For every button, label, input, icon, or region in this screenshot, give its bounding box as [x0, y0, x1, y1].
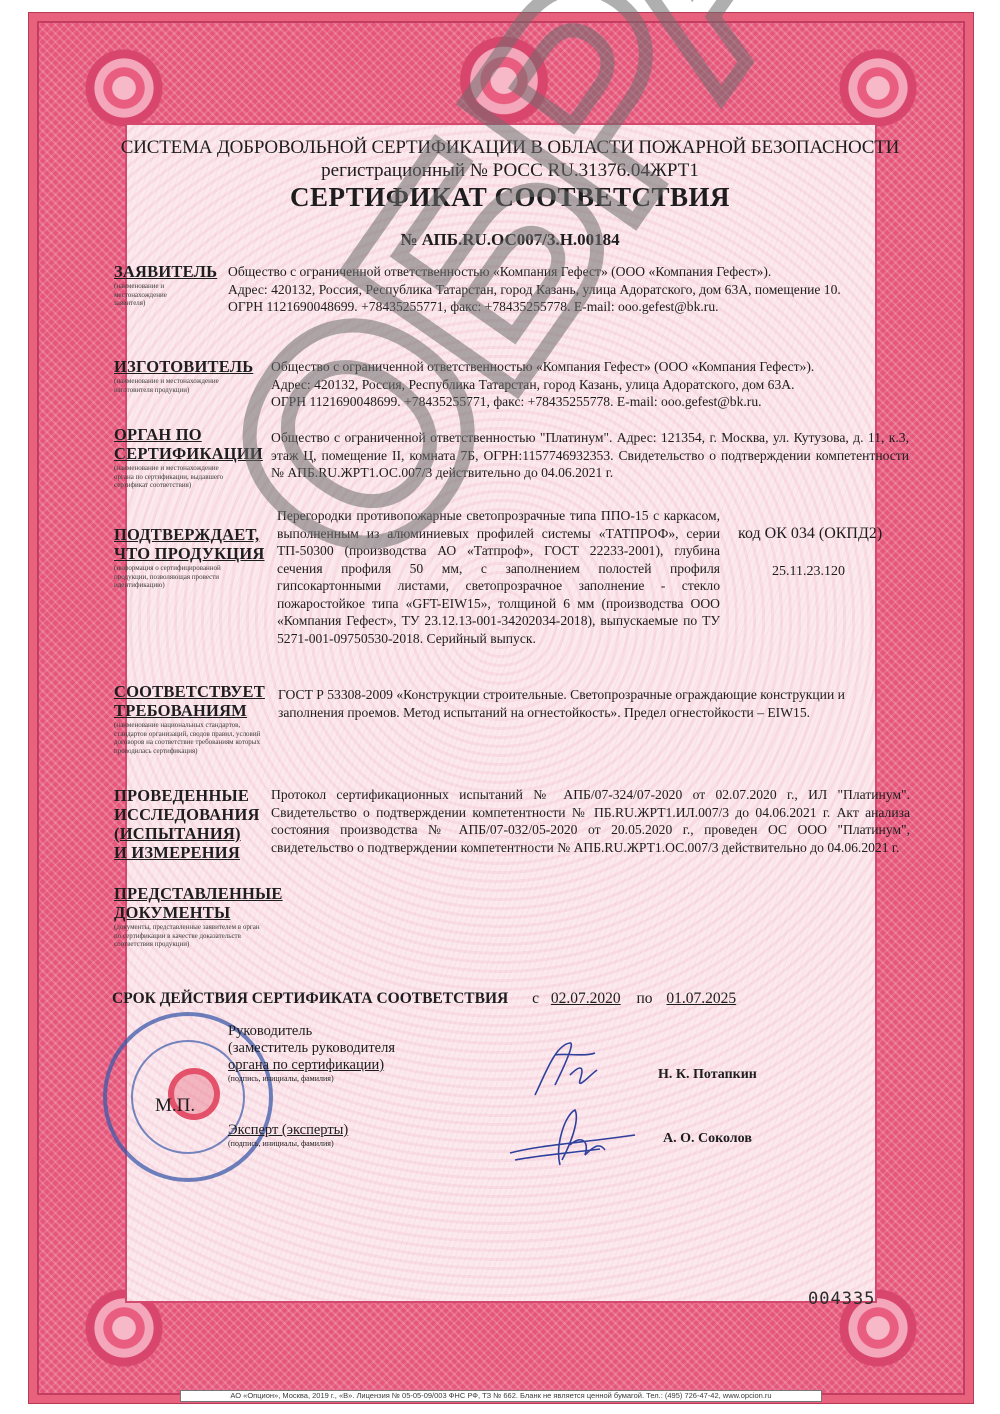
validity-from-date: 02.07.2020 [551, 990, 621, 1007]
product-label-2: ЧТО ПРОДУКЦИЯ [114, 544, 274, 563]
validity-to-word: по [637, 990, 653, 1007]
tests-details: Протокол сертификационных испытаний № АП… [271, 786, 910, 856]
head-title-line-1: Руководитель [228, 1023, 395, 1040]
expert-signature-block: Эксперт (эксперты) (подпись, инициалы, ф… [228, 1122, 348, 1149]
product-label-1: ПОДТВЕРЖДАЕТ, [114, 525, 274, 544]
requirements-sublabel: (наименование национальных стандартов, с… [114, 721, 264, 755]
validity-label: СРОК ДЕЙСТВИЯ СЕРТИФИКАТА СООТВЕТСТВИЯ [112, 990, 508, 1007]
requirements-label-1: СООТВЕТСТВУЕТ [114, 682, 274, 701]
head-signature-icon [525, 1035, 605, 1105]
stamp-place-mark: М.П. [155, 1095, 195, 1117]
head-title-line-2: (заместитель руководителя [228, 1040, 395, 1057]
expert-signature-icon [500, 1105, 640, 1175]
documents-label-block: ПРЕДСТАВЛЕННЫЕ ДОКУМЕНТЫ (документы, пре… [114, 884, 294, 949]
requirements-label-block: СООТВЕТСТВУЕТ ТРЕБОВАНИЯМ (наименование … [114, 682, 274, 755]
requirements-label-2: ТРЕБОВАНИЯМ [114, 701, 274, 720]
tests-label-3: (ИСПЫТАНИЯ) [114, 824, 274, 843]
head-title-line-3: органа по сертификации) [228, 1057, 395, 1074]
tests-label-1: ПРОВЕДЕННЫЕ [114, 786, 274, 805]
validity-period: СРОК ДЕЙСТВИЯ СЕРТИФИКАТА СООТВЕТСТВИЯ с… [112, 990, 736, 1008]
documents-sublabel: (документы, представленные заявителем в … [114, 923, 264, 949]
expert-name: А. О. Соколов [663, 1131, 752, 1147]
printer-footer: АО «Опцион», Москва, 2019 г., «В». Лицен… [180, 1390, 822, 1402]
head-signature-block: Руководитель (заместитель руководителя о… [228, 1023, 395, 1084]
validity-from-word: с [532, 990, 539, 1007]
documents-label-1: ПРЕДСТАВЛЕННЫЕ [114, 884, 294, 903]
expert-title: Эксперт (эксперты) [228, 1122, 348, 1139]
head-caption: (подпись, инициалы, фамилия) [228, 1074, 395, 1084]
product-code-value: 25.11.23.120 [772, 564, 845, 580]
product-label-block: ПОДТВЕРЖДАЕТ, ЧТО ПРОДУКЦИЯ (информация … [114, 525, 274, 590]
tests-label-block: ПРОВЕДЕННЫЕ ИССЛЕДОВАНИЯ (ИСПЫТАНИЯ) И И… [114, 786, 274, 862]
validity-to-date: 01.07.2025 [666, 990, 736, 1007]
tests-label-4: И ИЗМЕРЕНИЯ [114, 843, 274, 862]
documents-label-2: ДОКУМЕНТЫ [114, 903, 294, 922]
product-sublabel: (информация о сертифицированной продукци… [114, 564, 239, 590]
expert-caption: (подпись, инициалы, фамилия) [228, 1139, 348, 1149]
blank-serial-number: 004335 [808, 1289, 875, 1309]
head-name: Н. К. Потапкин [658, 1067, 757, 1083]
applicant-sublabel: (наименование и местонахождение заявител… [114, 282, 184, 308]
product-code-label: код ОК 034 (ОКПД2) [738, 525, 882, 543]
requirements-details: ГОСТ Р 53308-2009 «Конструкции строитель… [278, 686, 910, 721]
tests-label-2: ИССЛЕДОВАНИЯ [114, 805, 274, 824]
